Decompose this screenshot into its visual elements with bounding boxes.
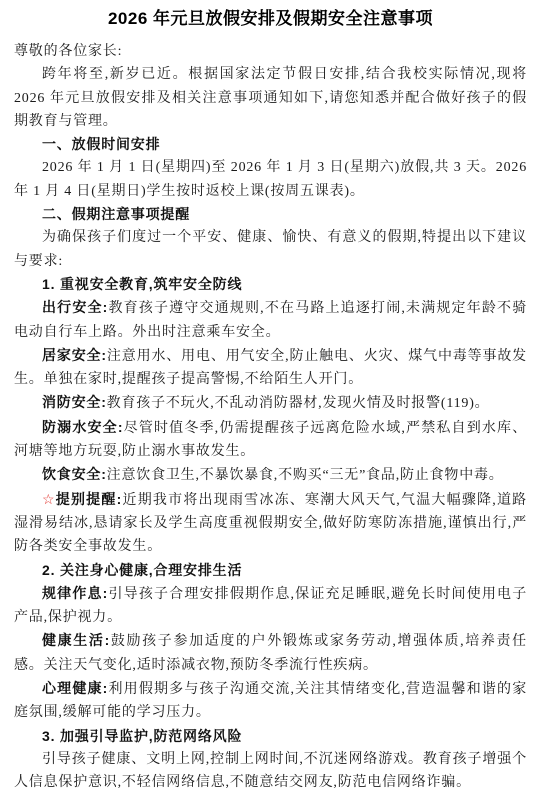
special-alert-lead: 提别提醒: bbox=[56, 491, 122, 507]
safety-item-food-text: 注意饮食卫生,不暴饮暴食,不购买“三无”食品,防止食物中毒。 bbox=[107, 468, 504, 483]
special-alert: ☆提别提醒:近期我市将出现雨雪冰冻、寒潮大风天气,气温大幅骤降,道路湿滑易结冰,… bbox=[14, 488, 527, 559]
health-item-routine-lead: 规律作息: bbox=[42, 585, 108, 601]
page-title: 2026 年元旦放假安排及假期安全注意事项 bbox=[14, 6, 527, 32]
safety-item-fire-lead: 消防安全: bbox=[42, 394, 107, 410]
health-item-mental-lead: 心理健康: bbox=[42, 680, 108, 696]
health-item-routine: 规律作息:引导孩子合理安排假期作息,保证充足睡眠,避免长时间使用电子产品,保护视… bbox=[14, 582, 527, 630]
notice-document: 2026 年元旦放假安排及假期安全注意事项 尊敬的各位家长: 跨年将至,新岁已近… bbox=[0, 0, 541, 809]
safety-item-home-lead: 居家安全: bbox=[42, 347, 107, 363]
intro-paragraph: 跨年将至,新岁已近。根据国家法定节假日安排,结合我校实际情况,现将 2026 年… bbox=[14, 63, 527, 133]
health-item-mental: 心理健康:利用假期多与孩子沟通交流,关注其情绪变化,营造温馨和谐的家庭氛围,缓解… bbox=[14, 677, 527, 725]
health-item-lifestyle-lead: 健康生活: bbox=[42, 632, 110, 648]
safety-item-food: 饮食安全:注意饮食卫生,不暴饮暴食,不购买“三无”食品,防止食物中毒。 bbox=[14, 463, 527, 487]
section-2-heading: 二、假期注意事项提醒 bbox=[14, 203, 527, 226]
subsection-2-heading: 2. 关注身心健康,合理安排生活 bbox=[14, 559, 527, 582]
subsection-3-body: 引导孩子健康、文明上网,控制上网时间,不沉迷网络游戏。教育孩子增强个人信息保护意… bbox=[14, 748, 527, 795]
safety-item-food-lead: 饮食安全: bbox=[42, 466, 107, 482]
salutation: 尊敬的各位家长: bbox=[14, 40, 527, 63]
safety-item-drowning-lead: 防溺水安全: bbox=[42, 419, 123, 435]
section-1-body: 2026 年 1 月 1 日(星期四)至 2026 年 1 月 3 日(星期六)… bbox=[14, 156, 527, 203]
section-2-preamble: 为确保孩子们度过一个平安、健康、愉快、有意义的假期,特提出以下建议与要求: bbox=[14, 226, 527, 273]
safety-item-fire: 消防安全:教育孩子不玩火,不乱动消防器材,发现火情及时报警(119)。 bbox=[14, 391, 527, 415]
safety-item-home: 居家安全:注意用水、用电、用气安全,防止触电、火灾、煤气中毒等事故发生。单独在家… bbox=[14, 344, 527, 392]
subsection-3-heading: 3. 加强引导监护,防范网络风险 bbox=[14, 725, 527, 748]
safety-item-fire-text: 教育孩子不玩火,不乱动消防器材,发现火情及时报警(119)。 bbox=[107, 396, 490, 411]
section-1-heading: 一、放假时间安排 bbox=[14, 133, 527, 156]
star-icon: ☆ bbox=[42, 493, 56, 508]
safety-item-travel-lead: 出行安全: bbox=[42, 299, 108, 315]
health-item-lifestyle: 健康生活:鼓励孩子参加适度的户外锻炼或家务劳动,增强体质,培养责任感。关注天气变… bbox=[14, 629, 527, 677]
subsection-1-heading: 1. 重视安全教育,筑牢安全防线 bbox=[14, 273, 527, 296]
safety-item-travel: 出行安全:教育孩子遵守交通规则,不在马路上追逐打闹,未满规定年龄不骑电动自行车上… bbox=[14, 296, 527, 344]
safety-item-drowning: 防溺水安全:尽管时值冬季,仍需提醒孩子远离危险水域,严禁私自到水库、河塘等地方玩… bbox=[14, 416, 527, 464]
